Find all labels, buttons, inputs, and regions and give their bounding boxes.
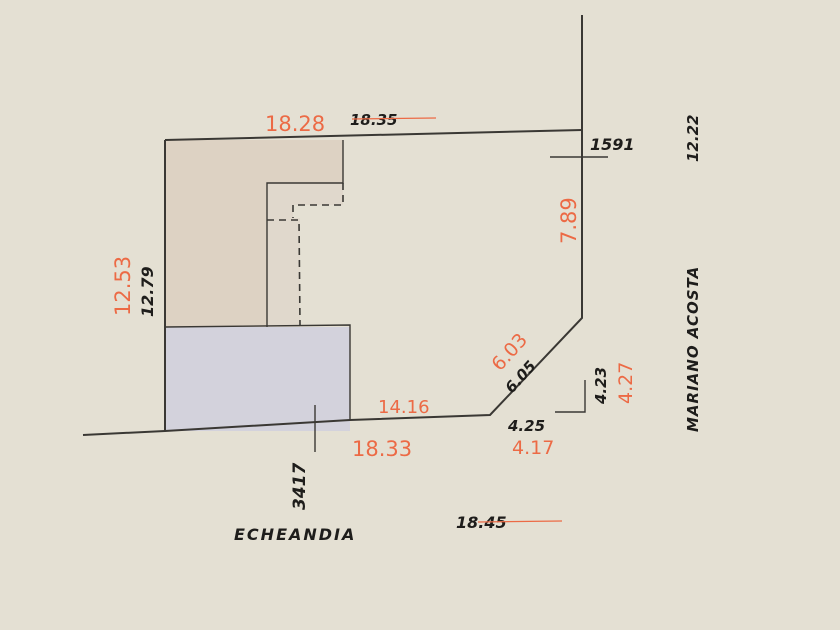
street-name-right: MARIANO ACOSTA — [684, 266, 702, 432]
building-lavender — [165, 327, 350, 431]
corner-horizontal-black: 4.25 — [507, 417, 545, 435]
right-measure-red: 7.89 — [557, 197, 581, 244]
corner-vertical-black: 4.23 — [592, 367, 610, 405]
street-length-right: 12.22 — [684, 115, 702, 162]
street-name-bottom: ECHEANDIA — [234, 525, 356, 544]
top-measure-red: 18.28 — [265, 112, 325, 136]
bottom-outer-measure-red: 18.33 — [352, 437, 412, 461]
house-number-right: 1591 — [590, 135, 635, 154]
bottom-inner-measure-red: 14.16 — [378, 397, 430, 418]
corner-horizontal-red: 4.17 — [512, 437, 554, 459]
top-measure-black: 18.35 — [350, 111, 397, 129]
left-measure-red: 12.53 — [111, 256, 135, 316]
left-measure-black: 12.79 — [138, 266, 157, 317]
house-number-bottom: 3417 — [290, 463, 310, 510]
corner-vertical-red: 4.27 — [615, 362, 637, 404]
property-plan: 18.28 18.35 12.53 12.79 7.89 1591 MARIAN… — [0, 0, 840, 630]
